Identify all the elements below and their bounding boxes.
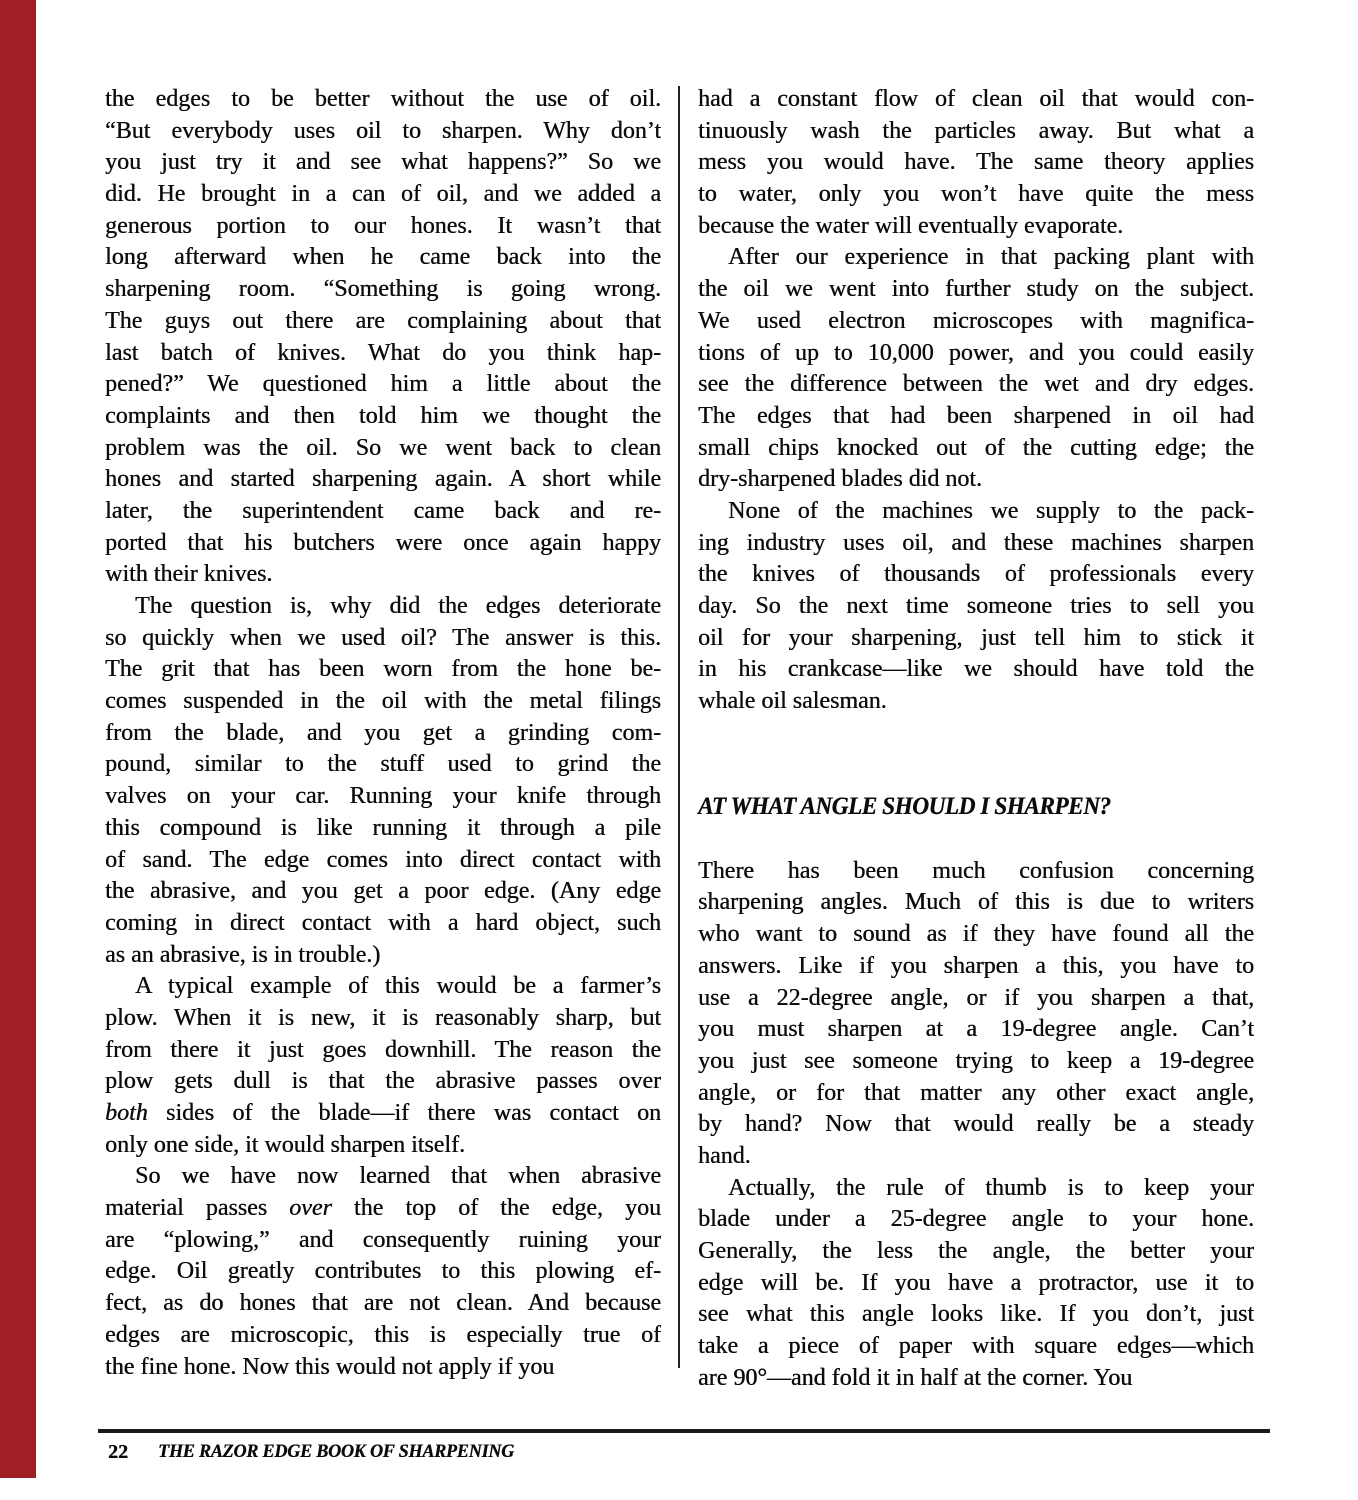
text-line: of sand. The edge comes into direct cont…	[105, 845, 661, 877]
text-line: oil for your sharpening, just tell him t…	[698, 623, 1254, 655]
text-line: tinuously wash the particles away. But w…	[698, 116, 1254, 148]
text-line: The edges that had been sharpened in oil…	[698, 401, 1254, 433]
book-page: the edges to be better without the use o…	[0, 0, 1358, 1500]
text-line: small chips knocked out of the cutting e…	[698, 433, 1254, 465]
text-line: see the difference between the wet and d…	[698, 369, 1254, 401]
text-line: later, the superintendent came back and …	[105, 496, 661, 528]
text-line: So we have now learned that when abrasiv…	[105, 1161, 661, 1193]
text-line: the oil we went into further study on th…	[698, 274, 1254, 306]
text-line: There has been much confusion concerning	[698, 856, 1254, 888]
text-line: material passes over the top of the edge…	[105, 1193, 661, 1225]
footer: 22 THE RAZOR EDGE BOOK OF SHARPENING	[0, 1441, 1358, 1471]
paragraph: There has been much confusion concerning…	[698, 856, 1254, 1173]
text-line: valves on your car. Running your knife t…	[105, 781, 661, 813]
text-line: by hand? Now that would really be a stea…	[698, 1109, 1254, 1141]
text-line: edge will be. If you have a protractor, …	[698, 1268, 1254, 1300]
book-title: THE RAZOR EDGE BOOK OF SHARPENING	[158, 1441, 514, 1463]
text-line: in his crankcase—like we should have tol…	[698, 654, 1254, 686]
text-line: answers. Like if you sharpen a this, you…	[698, 951, 1254, 983]
text-line: dry-sharpened blades did not.	[698, 464, 1254, 496]
paragraph: After our experience in that packing pla…	[698, 242, 1254, 496]
text-line: Generally, the less the angle, the bette…	[698, 1236, 1254, 1268]
text-line: plow gets dull is that the abrasive pass…	[105, 1066, 661, 1098]
text-line: ing industry uses oil, and these machine…	[698, 528, 1254, 560]
text-line: with their knives.	[105, 559, 661, 591]
text-line: We used electron microscopes with magnif…	[698, 306, 1254, 338]
text-line: After our experience in that packing pla…	[698, 242, 1254, 274]
text-line: None of the machines we supply to the pa…	[698, 496, 1254, 528]
right-column-upper-text: had a constant flow of clean oil that wo…	[698, 84, 1254, 718]
text-line: sharpening room. “Something is going wro…	[105, 274, 661, 306]
paragraph: None of the machines we supply to the pa…	[698, 496, 1254, 718]
text-line: take a piece of paper with square edges—…	[698, 1331, 1254, 1363]
text-line: only one side, it would sharpen itself.	[105, 1130, 661, 1162]
text-line: comes suspended in the oil with the meta…	[105, 686, 661, 718]
text-line: pened?” We questioned him a little about…	[105, 369, 661, 401]
text-line: to water, only you won’t have quite the …	[698, 179, 1254, 211]
text-line: edges are microscopic, this is especiall…	[105, 1320, 661, 1352]
text-line: from the blade, and you get a grinding c…	[105, 718, 661, 750]
text-line: who want to sound as if they have found …	[698, 919, 1254, 951]
text-line: day. So the next time someone tries to s…	[698, 591, 1254, 623]
text-line: complaints and then told him we thought …	[105, 401, 661, 433]
text-line: plow. When it is new, it is reasonably s…	[105, 1003, 661, 1035]
text-line: fect, as do hones that are not clean. An…	[105, 1288, 661, 1320]
paragraph: So we have now learned that when abrasiv…	[105, 1161, 661, 1383]
text-line: had a constant flow of clean oil that wo…	[698, 84, 1254, 116]
text-line: the abrasive, and you get a poor edge. (…	[105, 876, 661, 908]
text-line: tions of up to 10,000 power, and you cou…	[698, 338, 1254, 370]
text-line: as an abrasive, is in trouble.)	[105, 940, 661, 972]
text-line: problem was the oil. So we went back to …	[105, 433, 661, 465]
text-line: Actually, the rule of thumb is to keep y…	[698, 1173, 1254, 1205]
column-divider	[678, 86, 680, 1368]
page-number: 22	[108, 1441, 128, 1464]
text-line: blade under a 25-degree angle to your ho…	[698, 1204, 1254, 1236]
text-line: hand.	[698, 1141, 1254, 1173]
text-line: ported that his butchers were once again…	[105, 528, 661, 560]
text-line: long afterward when he came back into th…	[105, 242, 661, 274]
text-line: The grit that has been worn from the hon…	[105, 654, 661, 686]
text-line: The question is, why did the edges deter…	[105, 591, 661, 623]
text-line: sharpening angles. Much of this is due t…	[698, 887, 1254, 919]
page-edge-stripe	[0, 0, 36, 1478]
text-line: use a 22-degree angle, or if you sharpen…	[698, 983, 1254, 1015]
text-line: are “plowing,” and consequently ruining …	[105, 1225, 661, 1257]
text-line: are 90°—and fold it in half at the corne…	[698, 1363, 1254, 1395]
paragraph: The question is, why did the edges deter…	[105, 591, 661, 971]
text-line: because the water will eventually evapor…	[698, 211, 1254, 243]
text-line: last batch of knives. What do you think …	[105, 338, 661, 370]
paragraph: A typical example of this would be a far…	[105, 971, 661, 1161]
text-line: the knives of thousands of professionals…	[698, 559, 1254, 591]
right-column-lower-text: There has been much confusion concerning…	[698, 856, 1254, 1395]
text-line: you just try it and see what happens?” S…	[105, 147, 661, 179]
text-line: hones and started sharpening again. A sh…	[105, 464, 661, 496]
text-line: from there it just goes downhill. The re…	[105, 1035, 661, 1067]
text-line: the edges to be better without the use o…	[105, 84, 661, 116]
text-line: you must sharpen at a 19-degree angle. C…	[698, 1014, 1254, 1046]
text-line: A typical example of this would be a far…	[105, 971, 661, 1003]
text-line: you just see someone trying to keep a 19…	[698, 1046, 1254, 1078]
paragraph: the edges to be better without the use o…	[105, 84, 661, 591]
text-line: the fine hone. Now this would not apply …	[105, 1352, 661, 1384]
text-line: this compound is like running it through…	[105, 813, 661, 845]
text-line: see what this angle looks like. If you d…	[698, 1299, 1254, 1331]
text-line: angle, or for that matter any other exac…	[698, 1078, 1254, 1110]
text-line: whale oil salesman.	[698, 686, 1254, 718]
text-line: both sides of the blade—if there was con…	[105, 1098, 661, 1130]
section-heading: AT WHAT ANGLE SHOULD I SHARPEN?	[698, 792, 1215, 822]
text-line: edge. Oil greatly contributes to this pl…	[105, 1256, 661, 1288]
paragraph: Actually, the rule of thumb is to keep y…	[698, 1173, 1254, 1395]
text-line: The guys out there are complaining about…	[105, 306, 661, 338]
paragraph: had a constant flow of clean oil that wo…	[698, 84, 1254, 242]
text-line: did. He brought in a can of oil, and we …	[105, 179, 661, 211]
text-line: “But everybody uses oil to sharpen. Why …	[105, 116, 661, 148]
footer-rule	[98, 1429, 1270, 1433]
text-line: so quickly when we used oil? The answer …	[105, 623, 661, 655]
text-line: pound, similar to the stuff used to grin…	[105, 749, 661, 781]
text-line: mess you would have. The same theory app…	[698, 147, 1254, 179]
text-line: generous portion to our hones. It wasn’t…	[105, 211, 661, 243]
right-text-column: had a constant flow of clean oil that wo…	[698, 84, 1254, 1394]
left-text-column: the edges to be better without the use o…	[105, 84, 661, 1383]
text-line: coming in direct contact with a hard obj…	[105, 908, 661, 940]
